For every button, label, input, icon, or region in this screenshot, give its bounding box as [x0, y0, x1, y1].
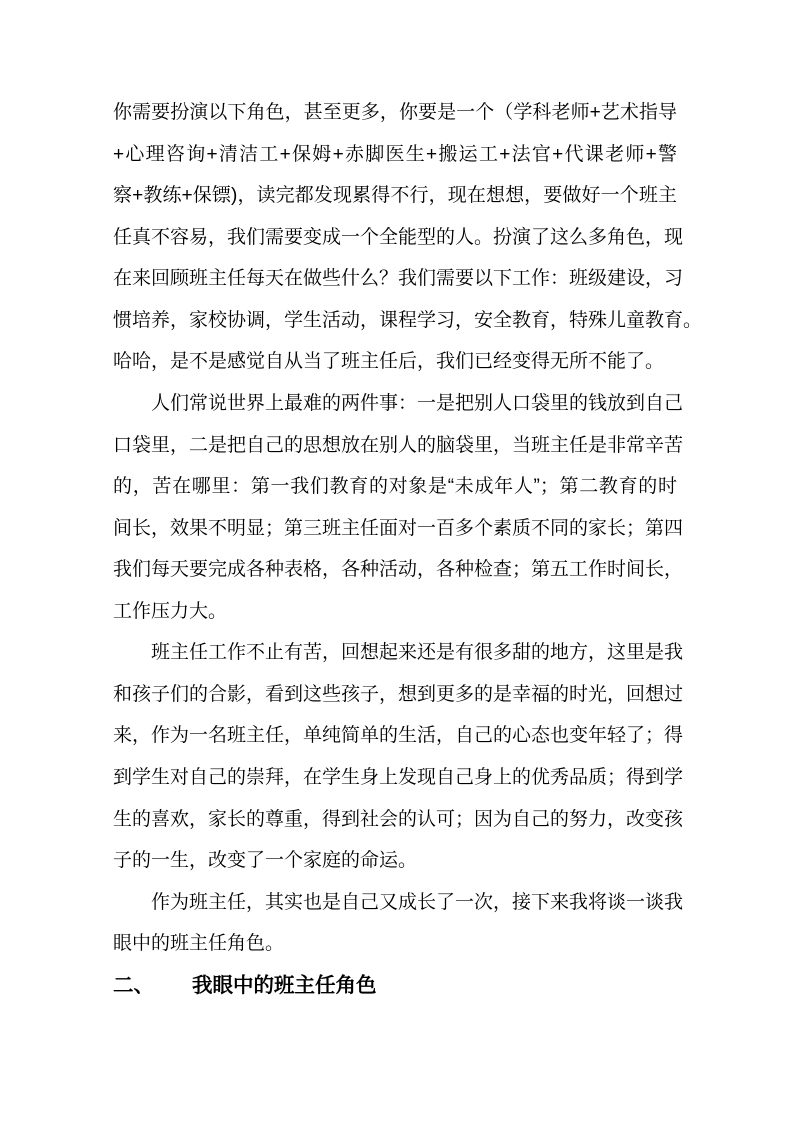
text-line: 的，苦在哪里：第一我们教育的对象是“未成年人”；第二教育的时: [113, 466, 677, 508]
text-line: +心理咨询+清洁工+保姆+赤脚医生+搬运工+法官+代课老师+警: [113, 134, 677, 176]
text-line: 生的喜欢，家长的尊重，得到社会的认可；因为自己的努力，改变孩: [113, 799, 677, 841]
heading-number: 二、: [113, 974, 154, 997]
text-line: 口袋里，二是把自己的思想放在别人的脑袋里，当班主任是非常辛苦: [113, 425, 677, 467]
text-line: 我们每天要完成各种表格，各种活动，各种检查；第五工作时间长，: [113, 549, 677, 591]
paragraphs-container: 你需要扮演以下角色，甚至更多，你要是一个（学科老师+艺术指导+心理咨询+清洁工+…: [113, 92, 677, 965]
text-line: 到学生对自己的崇拜，在学生身上发现自己身上的优秀品质；得到学: [113, 757, 677, 799]
text-line: 和孩子们的合影，看到这些孩子，想到更多的是幸福的时光，回想过: [113, 674, 677, 716]
document-body: 你需要扮演以下角色，甚至更多，你要是一个（学科老师+艺术指导+心理咨询+清洁工+…: [113, 92, 677, 1006]
text-line: 你需要扮演以下角色，甚至更多，你要是一个（学科老师+艺术指导: [113, 92, 677, 134]
text-line: 间长，效果不明显；第三班主任面对一百多个素质不同的家长；第四: [113, 508, 677, 550]
text-line: 工作压力大。: [113, 591, 677, 633]
heading-title: 我眼中的班主任角色: [192, 974, 377, 997]
document-page: 你需要扮演以下角色，甚至更多，你要是一个（学科老师+艺术指导+心理咨询+清洁工+…: [0, 0, 793, 1122]
text-line: 作为班主任，其实也是自己又成长了一次，接下来我将谈一谈我: [113, 882, 677, 924]
text-line: 人们常说世界上最难的两件事：一是把别人口袋里的钱放到自己: [113, 383, 677, 425]
text-line: 在来回顾班主任每天在做些什么？我们需要以下工作：班级建设，习: [113, 258, 677, 300]
text-line: 眼中的班主任角色。: [113, 923, 677, 965]
text-line: 班主任工作不止有苦，回想起来还是有很多甜的地方，这里是我: [113, 632, 677, 674]
text-line: 任真不容易，我们需要变成一个全能型的人。扮演了这么多角色，现: [113, 217, 677, 259]
text-line: 来，作为一名班主任，单纯简单的生活，自己的心态也变年轻了；得: [113, 715, 677, 757]
text-line: 察+教练+保镖)，读完都发现累得不行，现在想想，要做好一个班主: [113, 175, 677, 217]
text-line: 子的一生，改变了一个家庭的命运。: [113, 840, 677, 882]
text-line: 哈哈，是不是感觉自从当了班主任后，我们已经变得无所不能了。: [113, 341, 677, 383]
section-heading: 二、我眼中的班主任角色: [113, 965, 677, 1007]
text-line: 惯培养，家校协调，学生活动，课程学习，安全教育，特殊儿童教育。: [113, 300, 677, 342]
